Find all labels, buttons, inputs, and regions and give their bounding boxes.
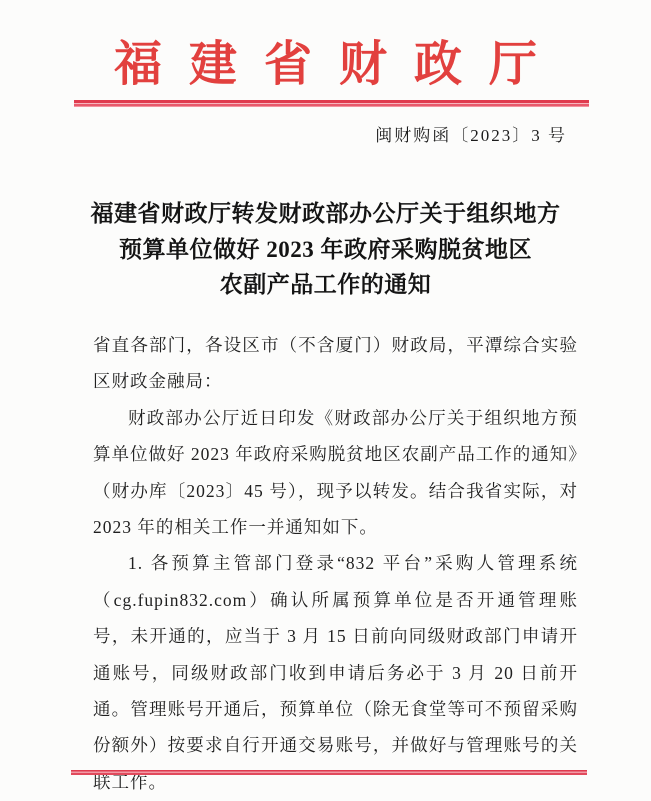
footer-rule: [71, 770, 587, 775]
document-body: 省直各部门，各设区市（不含厦门）财政局，平潭综合实验区财政金融局： 财政部办公厅…: [93, 327, 578, 800]
body-paragraph-1: 财政部办公厅近日印发《财政部办公厅关于组织地方预算单位做好 2023 年政府采购…: [93, 400, 578, 546]
document-title-line-1: 福建省财政厅转发财政部办公厅关于组织地方: [74, 196, 577, 232]
salutation: 省直各部门，各设区市（不含厦门）财政局，平潭综合实验区财政金融局：: [93, 327, 578, 400]
body-paragraph-2: 1. 各预算主管部门登录“832 平台”采购人管理系统（cg.fupin832.…: [93, 545, 578, 800]
doc-number: 闽财购函〔2023〕3 号: [375, 121, 567, 146]
document-title-line-3: 农副产品工作的通知: [74, 267, 577, 303]
document-page: 福建省财政厅 闽财购函〔2023〕3 号 福建省财政厅转发财政部办公厅关于组织地…: [0, 0, 651, 801]
document-title: 福建省财政厅转发财政部办公厅关于组织地方 预算单位做好 2023 年政府采购脱贫…: [74, 196, 577, 303]
letterhead-agency-name: 福建省财政厅: [0, 36, 651, 94]
document-title-line-2: 预算单位做好 2023 年政府采购脱贫地区: [74, 232, 577, 268]
letterhead-rule: [74, 100, 589, 107]
